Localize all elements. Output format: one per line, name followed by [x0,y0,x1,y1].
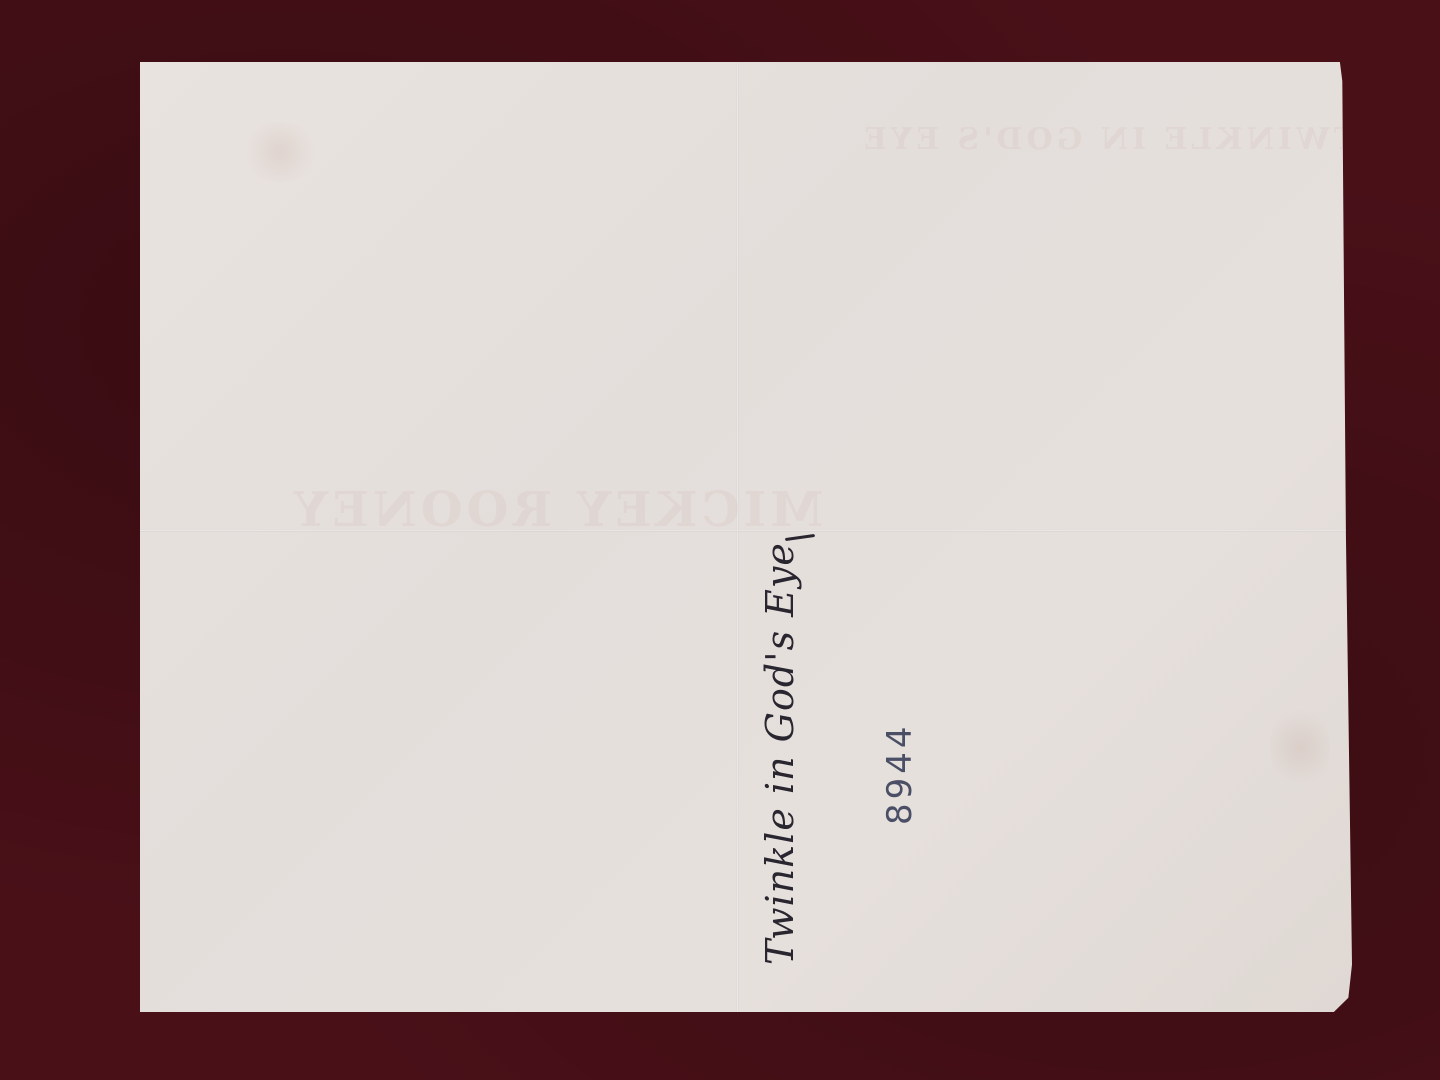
paper-stain [1270,702,1330,792]
show-through-print: MICKEY ROONEY [290,482,823,538]
paper-sheet: MICKEY ROONEY TWINKLE IN GOD'S EYE [140,62,1352,1012]
pencil-number: 8944 [880,722,920,825]
paper-stain [240,122,320,182]
handwritten-title: Twinkle in God's Eye [758,542,802,965]
show-through-print-top: TWINKLE IN GOD'S EYE [860,122,1356,157]
